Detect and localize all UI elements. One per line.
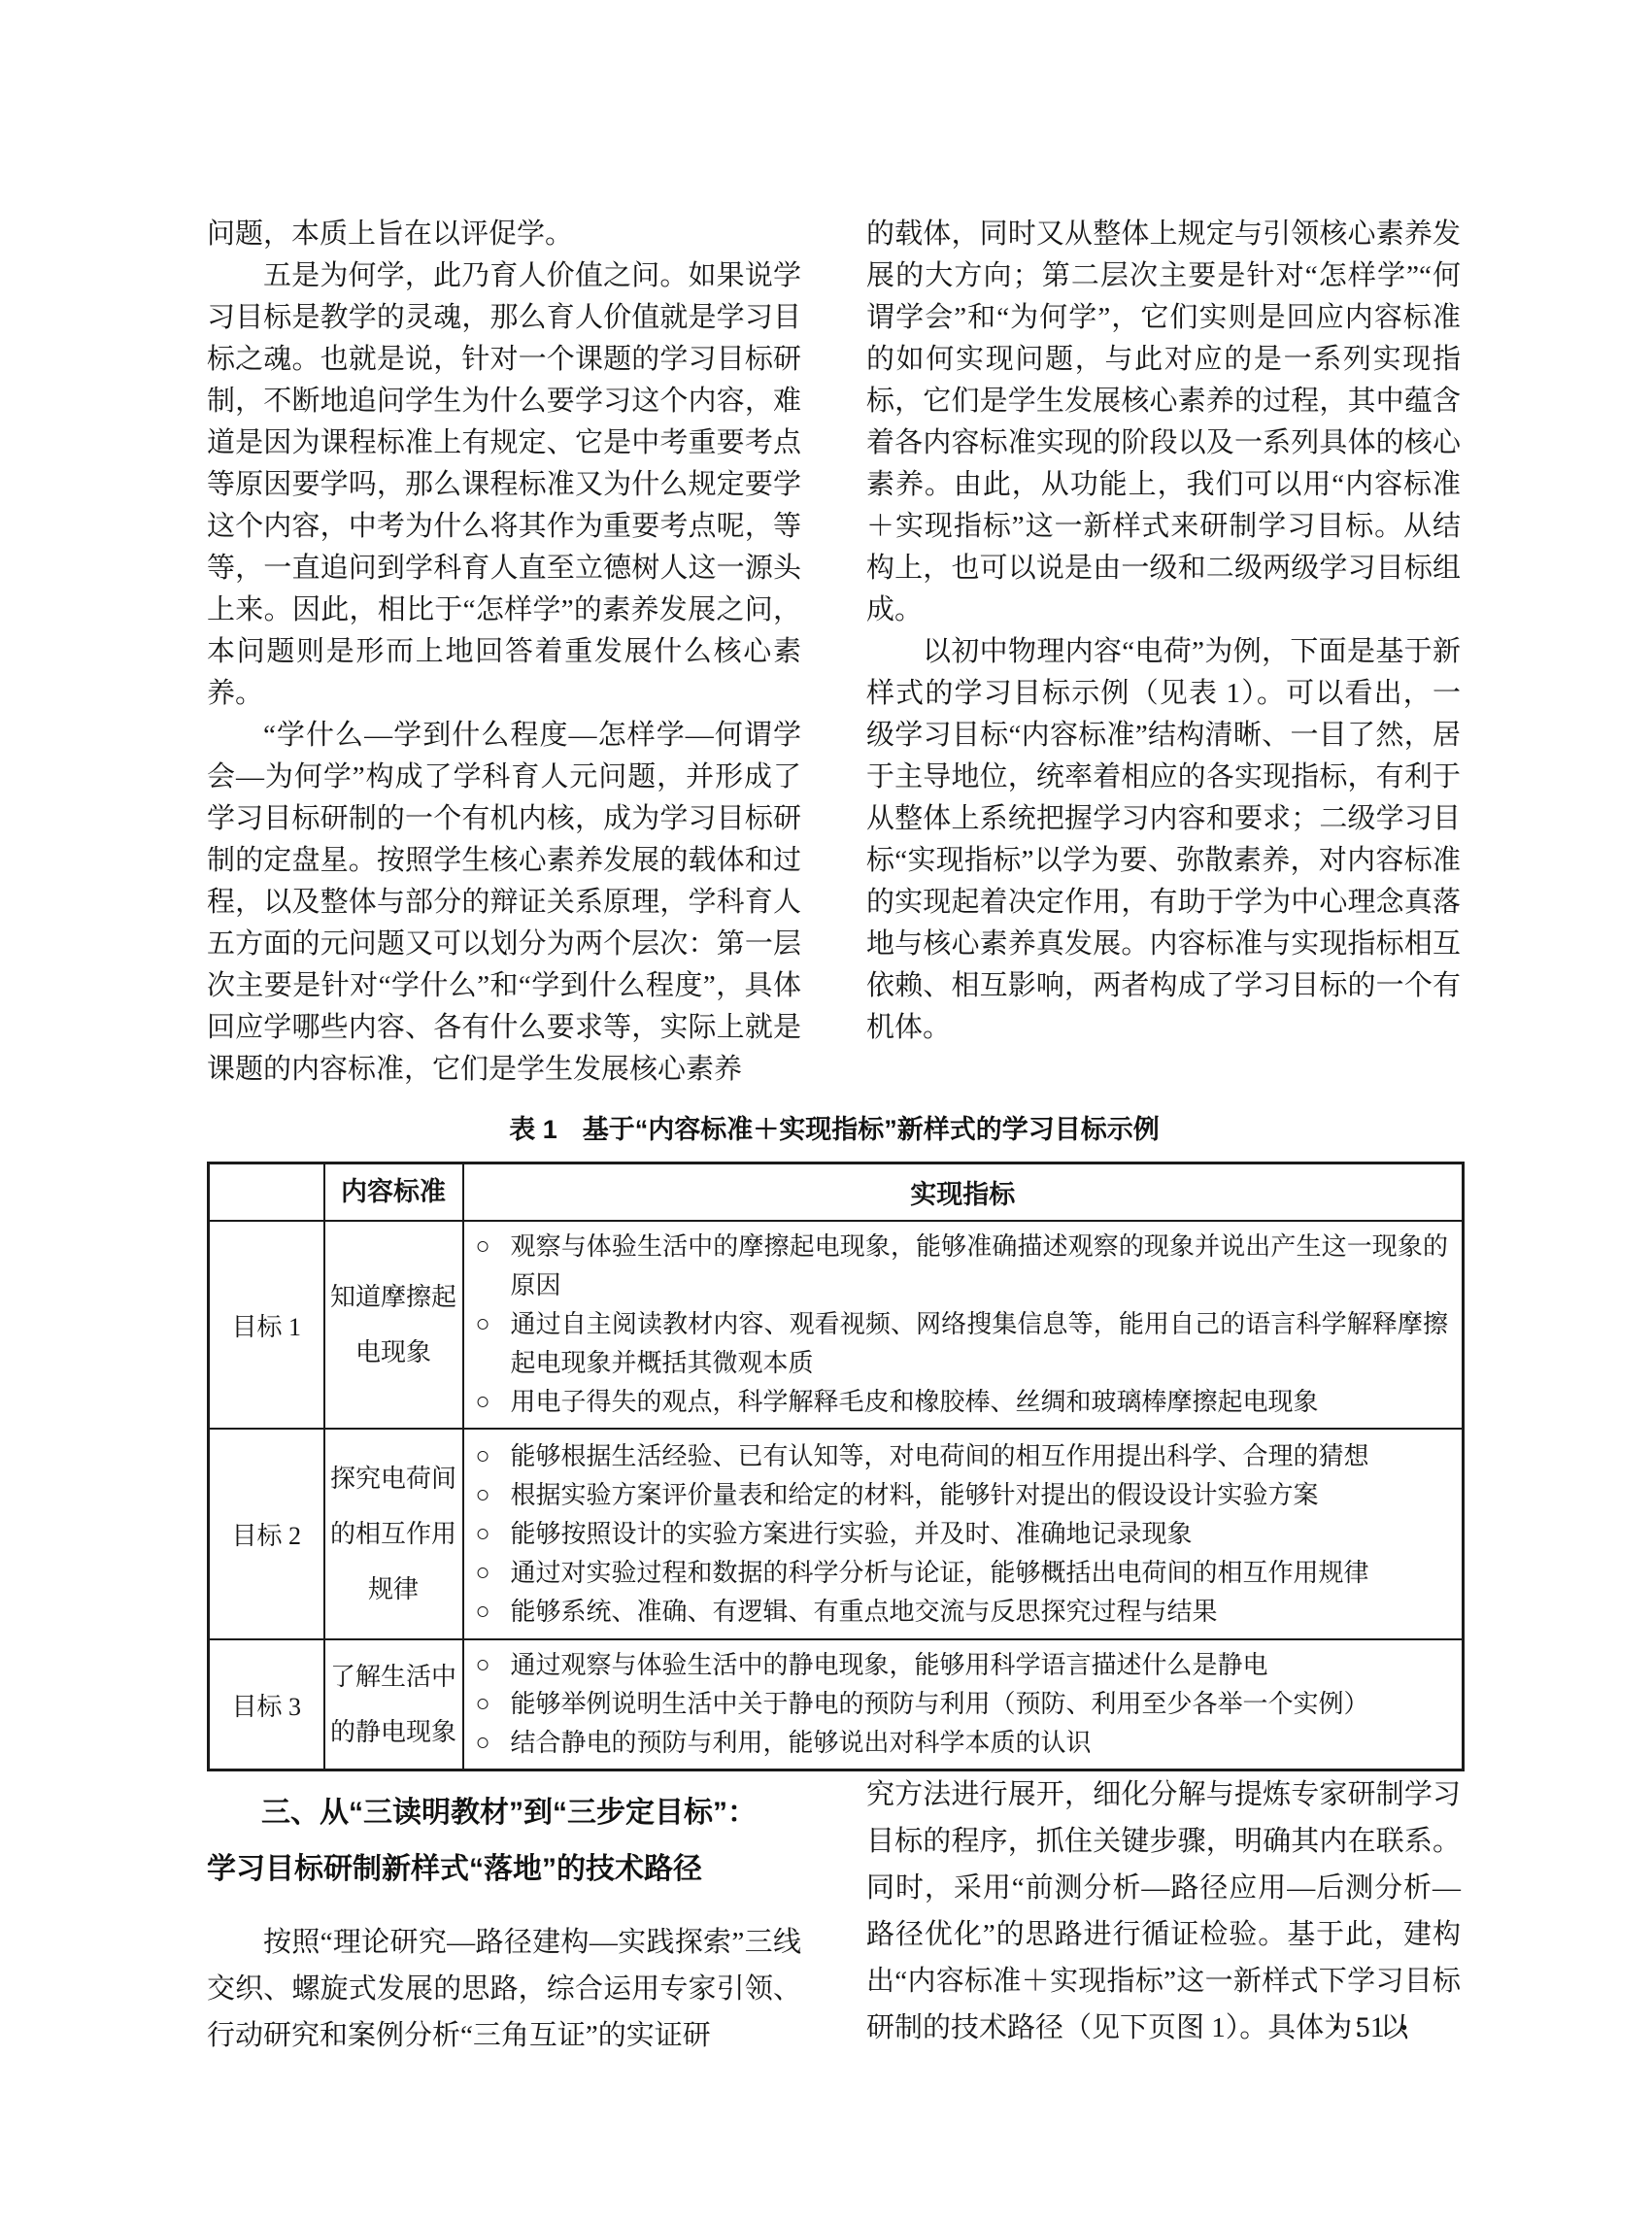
header-cell-indicators: 实现指标 xyxy=(463,1163,1464,1222)
page-number-value: 51 xyxy=(1356,2011,1385,2043)
indicator-text: 根据实验方案评价量表和给定的材料，能够针对提出的假设设计实验方案 xyxy=(511,1481,1319,1509)
indicator-item: ○结合静电的预防与利用，能够说出对科学本质的认识 xyxy=(464,1724,1449,1763)
standard-cell: 了解生活中的静电现象 xyxy=(324,1639,463,1770)
section-heading-line1: 三、从“三读明教材”到“三步定目标”： xyxy=(207,1785,801,1841)
indicator-item: ○观察与体验生活中的摩擦起电现象，能够准确描述观察的现象并说出产生这一现象的原因 xyxy=(464,1228,1449,1305)
paragraph-continuation: 问题，本质上旨在以评促学。 xyxy=(207,214,801,255)
circle-bullet-icon: ○ xyxy=(476,1437,490,1476)
indicator-text: 通过对实验过程和数据的科学分析与论证，能够概括出电荷间的相互作用规律 xyxy=(511,1559,1369,1587)
indicator-item: ○通过自主阅读教材内容、观看视频、网络搜集信息等，能用自己的语言科学解释摩擦起电… xyxy=(464,1305,1449,1383)
goal-cell: 目标 1 xyxy=(209,1221,324,1429)
indicator-item: ○能够系统、准确、有逻辑、有重点地交流与反思探究过程与结果 xyxy=(464,1593,1449,1632)
standard-cell: 知道摩擦起电现象 xyxy=(324,1221,463,1429)
circle-bullet-icon: ○ xyxy=(476,1554,490,1593)
indicator-item: ○能够举例说明生活中关于静电的预防与利用（预防、利用至少各举一个实例） xyxy=(464,1685,1449,1724)
goal-cell: 目标 3 xyxy=(209,1639,324,1770)
section-three: 三、从“三读明教材”到“三步定目标”： 学习目标研制新样式“落地”的技术路径 按… xyxy=(207,1785,801,2059)
circle-bullet-icon: ○ xyxy=(476,1383,490,1422)
paragraph-continuation: 究方法进行展开，细化分解与提炼专家研制学习目标的程序，抓住关键步骤，明确其内在联… xyxy=(866,1771,1461,2051)
right-bottom-column: 究方法进行展开，细化分解与提炼专家研制学习目标的程序，抓住关键步骤，明确其内在联… xyxy=(866,1771,1461,2051)
indicator-text: 能够举例说明生活中关于静电的预防与利用（预防、利用至少各举一个实例） xyxy=(511,1690,1369,1718)
indicator-text: 能够按照设计的实验方案进行实验，并及时、准确地记录现象 xyxy=(511,1520,1193,1548)
page-number-dot-right: • xyxy=(1400,2015,1408,2040)
paragraph: 按照“理论研究—路径建构—实践探索”三线交织、螺旋式发展的思路，综合运用专家引领… xyxy=(207,1919,801,2059)
header-cell-standard: 内容标准 xyxy=(324,1163,463,1222)
circle-bullet-icon: ○ xyxy=(476,1515,490,1554)
indicators-cell: ○能够根据生活经验、已有认知等，对电荷间的相互作用提出科学、合理的猜想 ○根据实… xyxy=(463,1429,1464,1639)
indicators-cell: ○观察与体验生活中的摩擦起电现象，能够准确描述观察的现象并说出产生这一现象的原因… xyxy=(463,1221,1464,1429)
table-row: 目标 1 知道摩擦起电现象 ○观察与体验生活中的摩擦起电现象，能够准确描述观察的… xyxy=(209,1221,1464,1429)
goal-cell: 目标 2 xyxy=(209,1429,324,1639)
indicator-text: 用电子得失的观点，科学解释毛皮和橡胶棒、丝绸和玻璃棒摩擦起电现象 xyxy=(511,1388,1319,1416)
standard-cell: 探究电荷间的相互作用规律 xyxy=(324,1429,463,1639)
table-row: 目标 3 了解生活中的静电现象 ○通过观察与体验生活中的静电现象，能够用科学语言… xyxy=(209,1639,1464,1770)
indicator-item: ○通过观察与体验生活中的静电现象，能够用科学语言描述什么是静电 xyxy=(464,1646,1449,1685)
indicator-text: 能够根据生活经验、已有认知等，对电荷间的相互作用提出科学、合理的猜想 xyxy=(511,1442,1369,1470)
paragraph: 以初中物理内容“电荷”为例，下面是基于新样式的学习目标示例（见表 1）。可以看出… xyxy=(866,631,1461,1049)
table-row: 目标 2 探究电荷间的相互作用规律 ○能够根据生活经验、已有认知等，对电荷间的相… xyxy=(209,1429,1464,1639)
table-header-row: 内容标准 实现指标 xyxy=(209,1163,1464,1222)
journal-page: 问题，本质上旨在以评促学。 五是为何学，此乃育人价值之问。如果说学习目标是教学的… xyxy=(0,0,1652,2225)
learning-goals-table: 内容标准 实现指标 目标 1 知道摩擦起电现象 ○观察与体验生活中的摩擦起电现象… xyxy=(207,1162,1465,1771)
page-number-dot-left: • xyxy=(1332,2015,1340,2040)
table-caption: 表 1基于“内容标准＋实现指标”新样式的学习目标示例 xyxy=(207,1113,1462,1146)
page-number: •51• xyxy=(1332,2010,1407,2045)
indicator-text: 结合静电的预防与利用，能够说出对科学本质的认识 xyxy=(511,1729,1092,1757)
left-text-column: 问题，本质上旨在以评促学。 五是为何学，此乃育人价值之问。如果说学习目标是教学的… xyxy=(207,214,801,1091)
indicator-item: ○能够根据生活经验、已有认知等，对电荷间的相互作用提出科学、合理的猜想 xyxy=(464,1437,1449,1476)
header-cell-goal xyxy=(209,1163,324,1222)
circle-bullet-icon: ○ xyxy=(476,1305,490,1344)
paragraph: “学什么—学到什么程度—怎样学—何谓学会—为何学”构成了学科育人元问题，并形成了… xyxy=(207,715,801,1091)
indicator-item: ○用电子得失的观点，科学解释毛皮和橡胶棒、丝绸和玻璃棒摩擦起电现象 xyxy=(464,1383,1449,1422)
circle-bullet-icon: ○ xyxy=(476,1724,490,1763)
indicator-text: 通过观察与体验生活中的静电现象，能够用科学语言描述什么是静电 xyxy=(511,1651,1268,1679)
indicator-text: 观察与体验生活中的摩擦起电现象，能够准确描述观察的现象并说出产生这一现象的原因 xyxy=(511,1232,1449,1299)
table-caption-label: 表 1 xyxy=(509,1115,557,1144)
indicator-text: 通过自主阅读教材内容、观看视频、网络搜集信息等，能用自己的语言科学解释摩擦起电现… xyxy=(511,1310,1449,1377)
indicator-list: ○观察与体验生活中的摩擦起电现象，能够准确描述观察的现象并说出产生这一现象的原因… xyxy=(464,1228,1463,1422)
circle-bullet-icon: ○ xyxy=(476,1228,490,1266)
paragraph: 五是为何学，此乃育人价值之问。如果说学习目标是教学的灵魂，那么育人价值就是学习目… xyxy=(207,255,801,715)
section-heading-line2: 学习目标研制新样式“落地”的技术路径 xyxy=(207,1841,801,1898)
indicator-list: ○通过观察与体验生活中的静电现象，能够用科学语言描述什么是静电 ○能够举例说明生… xyxy=(464,1646,1463,1763)
paragraph-continuation: 的载体，同时又从整体上规定与引领核心素养发展的大方向；第二层次主要是针对“怎样学… xyxy=(866,214,1461,631)
circle-bullet-icon: ○ xyxy=(476,1593,490,1632)
circle-bullet-icon: ○ xyxy=(476,1476,490,1515)
indicator-item: ○通过对实验过程和数据的科学分析与论证，能够概括出电荷间的相互作用规律 xyxy=(464,1554,1449,1593)
table-caption-text: 基于“内容标准＋实现指标”新样式的学习目标示例 xyxy=(583,1115,1160,1144)
indicators-cell: ○通过观察与体验生活中的静电现象，能够用科学语言描述什么是静电 ○能够举例说明生… xyxy=(463,1639,1464,1770)
right-text-column: 的载体，同时又从整体上规定与引领核心素养发展的大方向；第二层次主要是针对“怎样学… xyxy=(866,214,1461,1049)
circle-bullet-icon: ○ xyxy=(476,1685,490,1724)
indicator-item: ○能够按照设计的实验方案进行实验，并及时、准确地记录现象 xyxy=(464,1515,1449,1554)
section-heading: 三、从“三读明教材”到“三步定目标”： 学习目标研制新样式“落地”的技术路径 xyxy=(207,1785,801,1898)
indicator-item: ○根据实验方案评价量表和给定的材料，能够针对提出的假设设计实验方案 xyxy=(464,1476,1449,1515)
indicator-text: 能够系统、准确、有逻辑、有重点地交流与反思探究过程与结果 xyxy=(511,1598,1218,1626)
indicator-list: ○能够根据生活经验、已有认知等，对电荷间的相互作用提出科学、合理的猜想 ○根据实… xyxy=(464,1437,1463,1632)
circle-bullet-icon: ○ xyxy=(476,1646,490,1685)
